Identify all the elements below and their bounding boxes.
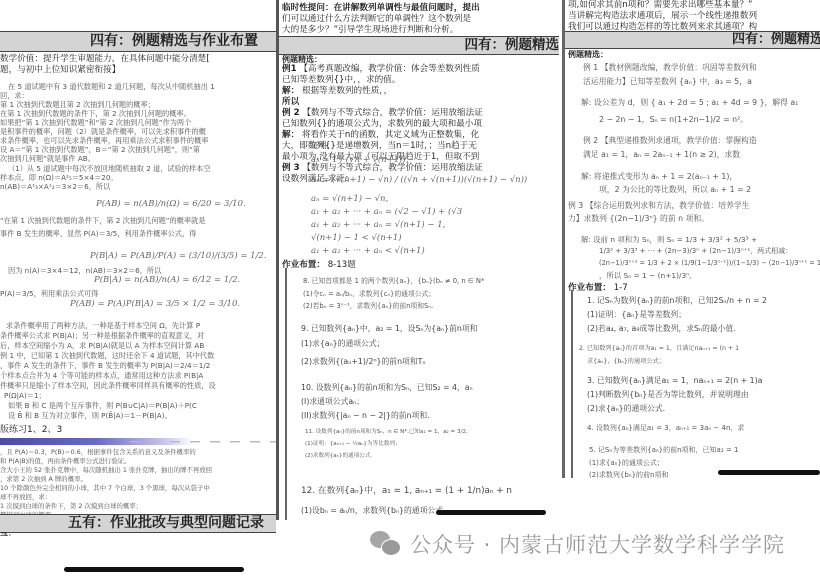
text-line: 因为 n(A)＝3×4＝12，n(AB)＝3×2＝6，所以	[8, 266, 161, 275]
homework-item: 12. 在数列{aₙ}中，a₁ = 1, aₙ₊₁ = (1 + 1/n)aₙ …	[301, 486, 512, 496]
example-line: 例 1 【教材例题改编，教学价值：巩固等差数列和	[583, 63, 757, 72]
problem-line: 次抽到几何题”就是事件 AB。	[0, 154, 95, 163]
homework-item: (1)证明：{aₙ}是等差数列；	[587, 310, 686, 320]
problem-line: 在 5 道试题中有 3 道代数题和 2 道几何题，每次从中随机抽出 1	[8, 82, 215, 91]
summary-line: P(Ω|A)＝1；	[4, 391, 46, 400]
solution-line: (2n−1)/3ⁿ⁺¹ = 1/3 + 2 × (1/9(1−1/3ⁿ⁻¹))/…	[599, 259, 820, 268]
homework-item: 2. 已知数列{aₙ}的首项为a₁ = 1，且满足naₙ₊₁ = (n + 1	[579, 344, 739, 353]
exercise-line: 球不再放回，求：	[0, 493, 51, 502]
homework-item: (2)若bₙ = 3ⁿ⁻¹，求数列{aₙ}的前n项和Sₙ.	[303, 302, 433, 311]
problem-line: 第 1 次抽到代数题且第 2 次抽到几何题的概率；	[0, 100, 155, 109]
example-text: 将看作关于n的函数，其定义域为正整数集，化	[302, 130, 479, 140]
homework-label: 作业布置：	[568, 283, 611, 293]
homework-item: 4. 设数列{aₙ}满足a₁ = 3，aₙ₊₁ = 3aₙ − 4n，求	[587, 424, 744, 433]
exercise-line: 含大小王的 52 张扑克牌中，每次随机抽出 1 张扑克牌，抽出的牌不再放回	[0, 466, 212, 475]
problem-line: 设 A＝“第 1 次抽到代数题”，B＝“第 2 次抽到几何题”，则“第	[0, 145, 200, 154]
intro-line: 题，与初中上位知识紧密衔接】	[0, 65, 120, 76]
example-line: 已知等差数列{}中，，求的值。	[282, 75, 400, 86]
example-text: 已知等差数列{}中，，求的值。	[282, 75, 400, 85]
example-text: 根据等差数列的性质，，	[302, 86, 392, 96]
home-indicator	[436, 510, 546, 515]
problem-line: 求条件概率，也可以先求条件概率，再用乘法公式求积事件的概率	[0, 136, 208, 145]
exercise-line: 和 P(A|B)的值，再由条件概率公式进行验证。	[0, 457, 130, 466]
proof-label: 证明：	[311, 141, 334, 151]
section-title: 四有：例题精选	[732, 32, 820, 48]
homework-item: (2)求数列{bₙ}的前n项和	[589, 471, 669, 478]
section-title-bar: 四有：例题精选	[279, 36, 559, 55]
section-title: 四有：例题精选	[465, 37, 560, 54]
solution-line: 2 − 2n − 1，Sₙ = n(1+2n−1)/2 = n²。	[599, 115, 748, 124]
top-line: 临时性提问：在讲解数列单调性与最值问题时，提出	[282, 3, 480, 14]
homework-item: (I)求通项公式aₙ；	[301, 397, 364, 407]
text-line: P(A)＝3/5，利用乘法公式可得	[0, 289, 98, 298]
homework-item: (1)令cₙ = aₙ/bₙ，求数列{cₙ}的通项公式；	[303, 290, 435, 299]
example-line: 例 3 【综合运用数列求和方法，教学价值：培养学生	[568, 201, 749, 210]
homework-item: (1)设bₙ = aₙ/n，求数列{bₙ}的通项公式	[301, 506, 443, 516]
summary-line: 设 B̄ 和 B 互为对立事件，则 P(B̄|A)＝1－P(B|A)。	[8, 411, 172, 420]
homework-item: (II)求数列{|aₙ − n − 2|}的前n项和.	[301, 411, 430, 421]
proof-step: aₙ = 1 / (√n + √(n+1)),	[311, 156, 409, 165]
top-line: 们可以通过什么方法判断它的单调性？这个数列是	[282, 14, 471, 25]
example-line: 活运用能力】已知等差数列 {aₙ} 中，a₃ = 5，a	[583, 77, 752, 86]
practice-heading: 版练习1、2、3	[0, 425, 62, 436]
solution-line: （1）从 5 道试题中每次不放回地随机抽取 2 道，试验的样本空	[8, 164, 211, 173]
homework-item: 10. 设数列{aₙ}的前n项和为Sₙ，已知S₂ = 4，aₙ	[301, 383, 473, 393]
homework-label: 作业布置：	[282, 260, 325, 270]
dashed-line	[130, 438, 276, 445]
example-text: 【高考真题改编，教学价值：体会等差数列性质	[299, 64, 479, 74]
example-line: 所以	[282, 97, 299, 108]
homework-range: 8-13题	[328, 260, 356, 270]
example-line: 例 2 【数列与不等式综合，教学价值：运用放缩法证	[282, 108, 483, 119]
exercise-line: 1 次摸到白球的条件下，第 2 次摸到白球的概率；	[0, 502, 142, 511]
summary-line: 后，样本空间缩小为 A，求 P(B|A)就是以 A 为样本空间计算 AB	[0, 341, 204, 350]
exercise-line: ，求第 2 次抽到 A 牌的概率。	[0, 475, 87, 484]
homework-item: 1. 记Sₙ为数列{aₙ}的前n项和，已知2Sₙ/n + n = 2	[587, 296, 767, 306]
homework-box-edge	[285, 268, 287, 520]
watermark-text: 公众号 · 内蒙古师范大学数学科学学院	[410, 529, 785, 559]
homework-item: (1)证明：{aₙ₊₁ − ½aₙ}为等比数列；	[305, 440, 401, 449]
middle-document-page: 临时性提问：在讲解数列单调性与最值问题时，提出 们可以通过什么方法判断它的单调性…	[276, 0, 559, 520]
exercise-line: ，且 P(A)＝0.3，P(B)＝0.6，根据事件包含关系的意义及条件概率的	[0, 448, 196, 457]
homework-line: 作业布置： 8-13题	[282, 260, 356, 271]
homework-item: 8. 已知首项都是 1 的两个数列{aₙ}，{bₙ}(bₙ ≠ 0, n ∈ N…	[303, 277, 484, 286]
home-indicator	[64, 567, 244, 572]
record-label: 录：	[0, 531, 16, 536]
proof-step: a₁ + a₂ + ··· + aₙ < √(n+1)	[311, 247, 425, 256]
proof-step: aₙ = (√(n+1) − √n) / ((√n + √(n+1))(√(n+…	[311, 176, 527, 185]
summary-line: 例 1 中，已知第 1 次抽到代数题，这时还余下 4 道试题，其中代数	[0, 351, 214, 360]
solution-line: ，所以 Sₙ = 1 − (n+1)/3ⁿ。	[599, 271, 697, 280]
problem-line: 是积事件的概率，问题（2）就是条件概率，可以先求积事件的概	[0, 127, 206, 136]
right-document-page: 项,如何求其前n项和？需要先求出哪些基本量？” 当讲解完构造法求通项后，展示一个…	[562, 0, 820, 478]
homework-item: 11. 设数列{aₙ}的前n项和为Sₙ，n ∈ N*.已知a₁ = 1，a₂ =…	[305, 428, 468, 437]
homework-item: (2)求{aₙ}的通项公式.	[587, 404, 665, 414]
formula: P(AB) = n(AB)/n(Ω) = 6/20 = 3/10.	[96, 200, 246, 209]
summary-line: 个样本点合并为 4 个等可能的样本点，通常用这种方法求 P(B|A	[0, 371, 203, 380]
homework-item: 求{aₙ}，{bₙ}的通项公式；	[587, 357, 665, 366]
solution-label: 解：	[282, 130, 299, 140]
homework-item: (2)求数列{(aₙ+1)/2ⁿ}的前n项和Tₙ	[301, 357, 426, 367]
problem-line: 在第 1 次抽到代数题的条件下，第 2 次抽到几何题的概率。	[0, 109, 191, 118]
home-indicator	[718, 470, 820, 475]
example-text: 已知数列{}的通项公式为，求数列的最大项和最小项	[282, 119, 482, 129]
section-title-bar: 四有：例题精选与作业布置	[0, 31, 276, 52]
examples-heading: 例题精选：	[568, 49, 608, 60]
exercise-line: 10 个除颜色外完全相同的小球，其中 7 个白球，3 个黑球，每次从袋子中	[0, 484, 210, 493]
example-line: 例1 【高考真题改编，教学价值：体会等差数列性质	[282, 64, 480, 75]
text-line: “在第 1 次抽到代数题的条件下，第 2 次抽到几何题”的概率就是	[0, 216, 205, 225]
solution-label: 解：	[282, 86, 299, 96]
summary-line: 如果 B 和 C 是两个互斥事件，则 P(B∪C|A)＝P(B|A)＋P(C	[8, 401, 197, 410]
top-line: 项,如何求其前n项和？需要先求出哪些基本量？”	[568, 0, 753, 11]
formula: P(AB) = P(A)P(B|A) = 3/5 × 1/2 = 3/10.	[70, 300, 240, 309]
solution-line: 解: 将递推式变形为 aₙ + 1 = 2(aₙ₋₁ + 1)，	[581, 172, 737, 181]
example-line: 已知数列{}的通项公式为，求数列的最大项和最小项	[282, 119, 482, 130]
homework-item: (2)若a₄, a₇, a₉成等比数列，求Sₙ的最小值.	[587, 324, 736, 334]
example-label: 例 2	[282, 108, 300, 118]
summary-line: 条件概率公式求 P(B|A)；另一种是根据条件概率的直观意义，对	[0, 331, 204, 340]
proof-step: √(n+1) − 1 < √(n+1)	[311, 234, 402, 243]
wechat-watermark: 公众号 · 内蒙古师范大学数学科学学院	[370, 528, 820, 560]
solution-line: n(AB)＝A¹₃×A¹₂＝3×2＝6，所以	[0, 182, 110, 191]
section-title: 四有：例题精选与作业布置	[90, 32, 258, 51]
homework-range: 1-7	[614, 283, 628, 293]
problem-line: 回，求：	[0, 91, 29, 100]
summary-line: 件概率只是缩小了样本空间，因此条件概率同样具有概率的性质，设	[0, 381, 216, 390]
section-title-bar: 五有：作业批改与典型问题记录	[0, 514, 276, 533]
text-line: 事件 B 发生的概率，显然 P(A)＝3/5，利用条件概率公式，得	[0, 229, 196, 238]
example-line: 解： 将看作关于n的函数，其定义域为正整数集，化	[282, 130, 479, 141]
homework-line: 作业布置： 1-7	[568, 283, 628, 294]
example-label: 例1	[282, 64, 297, 74]
homework-item: 5. 记Sₙ为等差数列{aₙ}的前n项和，已知a₂ = 1	[589, 446, 738, 455]
left-document-page: 四有：例题精选与作业布置 数学价值：提升学生审题能力，在具体问题中能分清楚[ 题…	[0, 0, 276, 536]
homework-item: (1)判断数列{bₙ}是否为等比数列，并说明理由	[587, 390, 749, 400]
decorative-gradient-divider	[0, 438, 276, 445]
homework-item: (1)求{aₙ}的通项公式；	[301, 339, 384, 349]
homework-item: 9. 已知数列{aₙ}中，a₂ = 1，设Sₙ为{aₙ}前n项和	[301, 324, 477, 334]
homework-item: (1)求{aₙ}的通项公式；	[589, 459, 664, 468]
example-line: 力】求数列 {(2n−1)/3ⁿ} 的前 n 项和。	[568, 214, 709, 223]
homework-item: 3. 已知数列{aₙ}满足a₁ = 1，naₙ₊₁ = 2(n + 1)a	[587, 376, 762, 386]
solution-line: 解: 设公差为 d，则 { a₁ + 2d = 5 ; a₁ + 4d = 9 …	[581, 98, 798, 107]
solution-line: 项，2 为公比的等比数列，所以 aₙ + 1 = 2	[599, 185, 751, 194]
wechat-icon	[370, 531, 402, 557]
top-line: 当讲解完构造法求通项后，展示一个线性递推数列	[568, 11, 757, 22]
proof-step: a₁ + a₂ + ··· + aₙ = √(n+1) − 1,	[311, 221, 445, 230]
example-label: 例 3	[282, 163, 300, 173]
solution-line: 1/3² + 3/3³ + ··· + (2n−3)/3ⁿ + (2n−1)/3…	[599, 247, 792, 256]
example-line: 例 2 【典型递推数列求通项，教学价值：掌握构造	[583, 136, 757, 145]
homework-item: (2)求数列{aₙ}的通项公式.	[305, 452, 372, 461]
problem-line: 如果把“第 1 次抽到代数题”和“第 2 次抽到几何题”作为两个	[0, 118, 191, 127]
formula: P(B|A) = P(AB)/P(A) = (3/10)/(3/5) = 1/2…	[90, 252, 267, 261]
intro-line: 数学价值：提升学生审题能力，在具体问题中能分清楚[	[0, 54, 210, 65]
example-line: 解： 根据等差数列的性质，，	[282, 86, 392, 97]
so-label: 所以	[282, 97, 299, 107]
solution-line: 解: 设前 n 项和为 Sₙ，则 Sₙ = 1/3 + 3/3² + 5/3³ …	[581, 235, 757, 244]
top-line: 大的是多少？”引导学生现场进行判断和分析。	[282, 25, 458, 36]
proof-step: aₙ = √(n+1) − √n,	[311, 195, 388, 204]
summary-line: ，事件 A 发生的条件下，事件 B 发生的概率为 P(B|A)＝2/4＝1/2	[0, 361, 210, 370]
formula: P(B|A) = n(AB)/n(A) = 6/12 = 1/2.	[94, 276, 240, 285]
summary-line: 求条件概率用了两种方法，一种是基于样本空间 Ω，先计算 P	[6, 321, 200, 330]
section-title-bar: 四有：例题精选	[565, 31, 820, 49]
section-title-2: 五有：作业批改与典型问题记录	[68, 515, 264, 532]
solution-line: 样本点，即 n(Ω)＝A²₅＝5×4＝20。	[0, 173, 118, 182]
example-text: 【数列与不等式综合，教学价值：运用放缩法证	[302, 108, 482, 118]
proof-step: a₁ + a₂ + ··· + aₙ = (√2 − √1) + (√3	[311, 208, 462, 217]
homework-box-edge	[571, 290, 573, 478]
example-line: 满足 a₁ = 1，aₙ = 2aₙ₋₁ + 1(n ≥ 2)，求数	[583, 150, 740, 159]
